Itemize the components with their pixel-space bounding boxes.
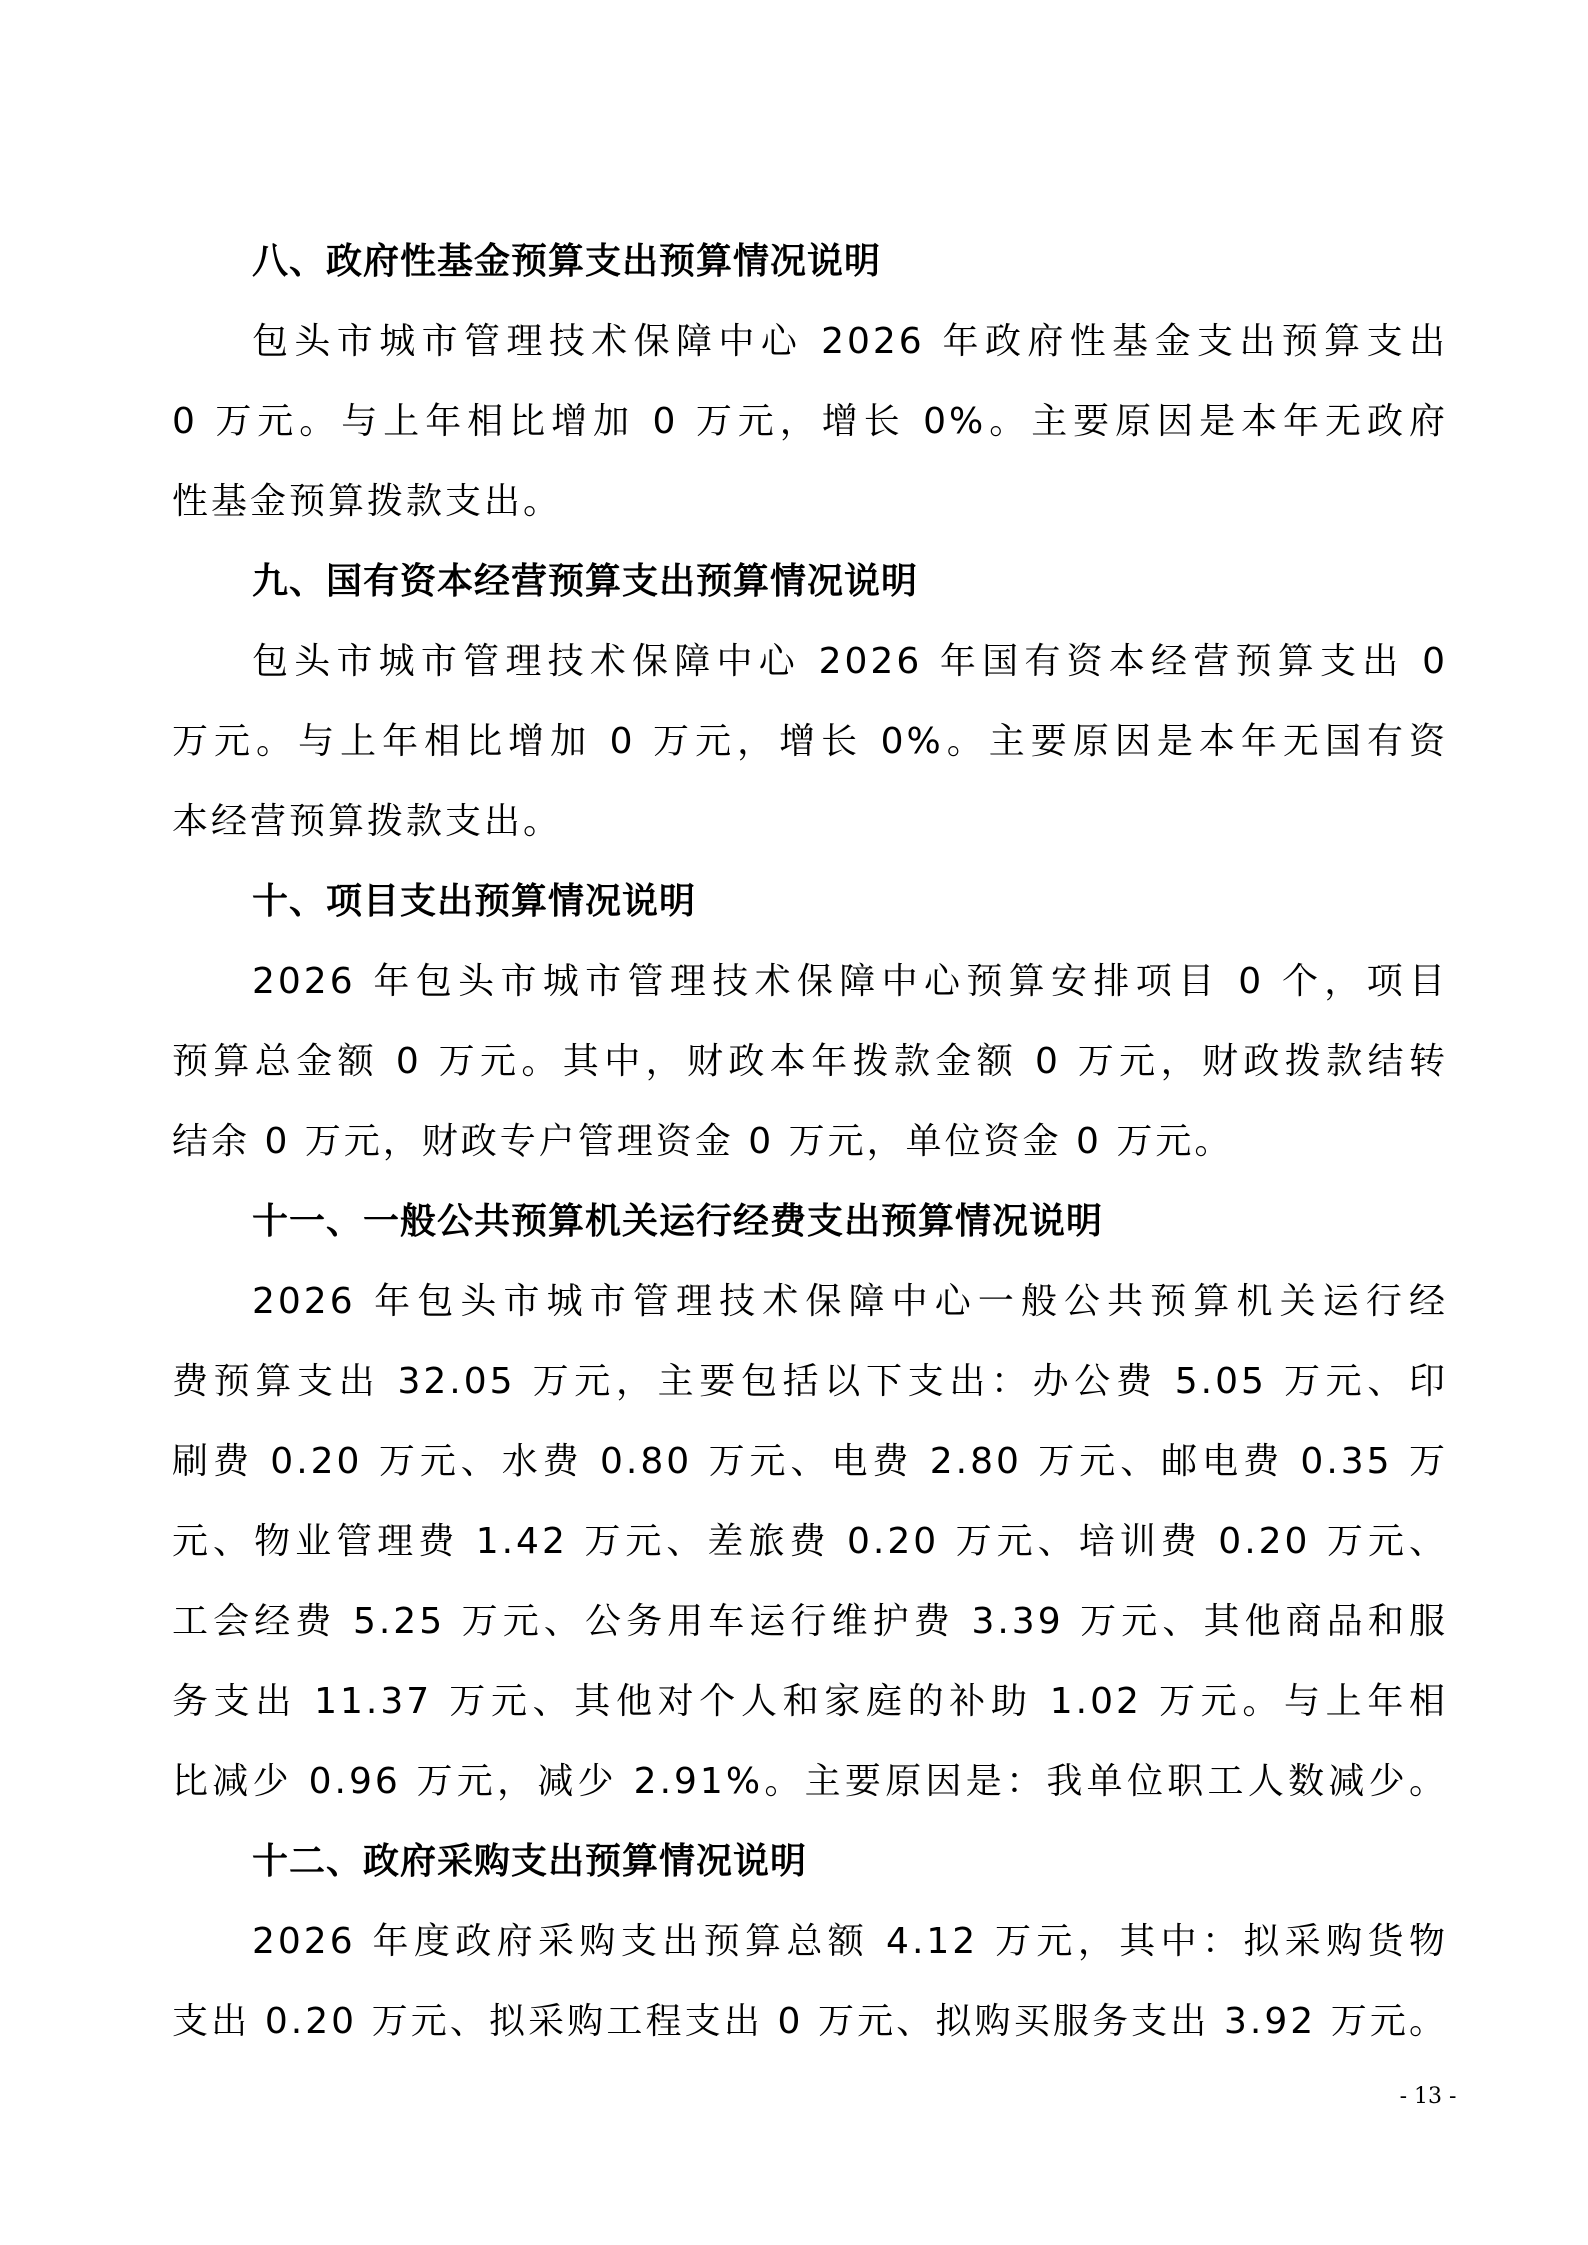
paragraph-line: 2026 年度政府采购支出预算总额 4.12 万元，其中：拟采购货物	[252, 1902, 1448, 1982]
paragraph-line: 性基金预算拨款支出。	[172, 462, 1448, 542]
paragraph-line: 本经营预算拨款支出。	[172, 782, 1448, 862]
section-heading-government-procurement: 十二、政府采购支出预算情况说明	[252, 1822, 1448, 1902]
paragraph-line: 包头市城市管理技术保障中心 2026 年国有资本经营预算支出 0	[252, 622, 1448, 702]
paragraph-line: 务支出 11.37 万元、其他对个人和家庭的补助 1.02 万元。与上年相	[172, 1662, 1448, 1742]
section-heading-project-expenditure: 十、项目支出预算情况说明	[252, 862, 1448, 942]
paragraph-line: 0 万元。与上年相比增加 0 万元，增长 0%。主要原因是本年无政府	[172, 382, 1448, 462]
section-heading-state-capital: 九、国有资本经营预算支出预算情况说明	[252, 542, 1448, 622]
section-heading-government-fund: 八、政府性基金预算支出预算情况说明	[252, 222, 1448, 302]
paragraph-line: 包头市城市管理技术保障中心 2026 年政府性基金支出预算支出	[252, 302, 1448, 382]
paragraph-line: 支出 0.20 万元、拟采购工程支出 0 万元、拟购买服务支出 3.92 万元。	[172, 1982, 1448, 2062]
paragraph-line: 费预算支出 32.05 万元，主要包括以下支出：办公费 5.05 万元、印	[172, 1342, 1448, 1422]
paragraph-line: 万元。与上年相比增加 0 万元，增长 0%。主要原因是本年无国有资	[172, 702, 1448, 782]
section-heading-operating-expenses: 十一、一般公共预算机关运行经费支出预算情况说明	[252, 1182, 1448, 1262]
paragraph-line: 结余 0 万元，财政专户管理资金 0 万元，单位资金 0 万元。	[172, 1102, 1448, 1182]
paragraph-line: 元、物业管理费 1.42 万元、差旅费 0.20 万元、培训费 0.20 万元、	[172, 1502, 1448, 1582]
paragraph-line: 工会经费 5.25 万元、公务用车运行维护费 3.39 万元、其他商品和服	[172, 1582, 1448, 1662]
paragraph-line: 2026 年包头市城市管理技术保障中心一般公共预算机关运行经	[252, 1262, 1448, 1342]
page-number: - 13 -	[1388, 2084, 1468, 2109]
document-page: 八、政府性基金预算支出预算情况说明 包头市城市管理技术保障中心 2026 年政府…	[0, 0, 1588, 2245]
paragraph-line: 比减少 0.96 万元，减少 2.91%。主要原因是：我单位职工人数减少。	[172, 1742, 1448, 1822]
paragraph-line: 预算总金额 0 万元。其中，财政本年拨款金额 0 万元，财政拨款结转	[172, 1022, 1448, 1102]
paragraph-line: 2026 年包头市城市管理技术保障中心预算安排项目 0 个，项目	[252, 942, 1448, 1022]
paragraph-line: 刷费 0.20 万元、水费 0.80 万元、电费 2.80 万元、邮电费 0.3…	[172, 1422, 1448, 1502]
